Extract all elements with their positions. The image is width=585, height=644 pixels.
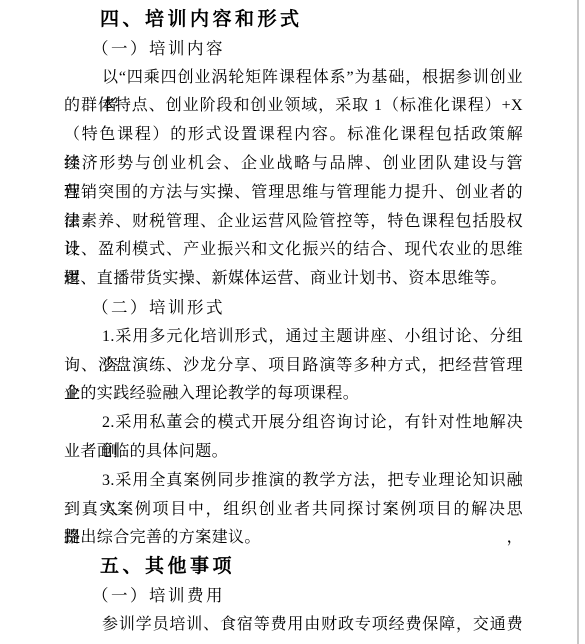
section-heading: 四、培训内容和形式 [64,6,523,35]
sub-heading: （一）培训内容 [64,35,523,64]
body-line: 经济形势与创业机会、企业战略与品牌、创业团队建设与管理、 [64,150,523,179]
body-line: 业的实践经验融入理论教学的每项课程。 [64,380,523,409]
body-line: 参训学员培训、食宿等费用由财政专项经费保障，交通费用 [64,611,523,640]
body-line: 业者面临的具体问题。 [64,438,523,467]
document-page: 四、培训内容和形式（一）培训内容以“四乘四创业涡轮矩阵课程体系”为基础，根据参训… [0,0,585,640]
sub-heading: （一）培训费用 [64,582,523,611]
body-line: 到真实案例项目中，组织创业者共同探讨案例项目的解决思路， [64,496,523,525]
page-edge-line [577,0,579,644]
sub-heading: （二）培训形式 [64,294,523,323]
section-heading: 五、其他事项 [64,553,523,582]
body-line: 计、盈利模式、产业振兴和文化振兴的结合、现代农业的思维逻 [64,236,523,265]
body-line: 2.采用私董会的模式开展分组咨询讨论，有针对性地解决创 [64,409,523,438]
body-line: 的群体特点、创业阶段和创业领域，采取 1（标准化课程）+X [64,92,523,121]
body-line: 律素养、财税管理、企业运营风险管控等，特色课程包括股权设 [64,208,523,237]
body-line: 询、沙盘演练、沙龙分享、项目路演等多种方式，把经营管理企 [64,352,523,381]
body-line: 以“四乘四创业涡轮矩阵课程体系”为基础，根据参训创业者 [64,64,523,93]
body-line: 1.采用多元化培训形式，通过主题讲座、小组讨论、分组咨 [64,323,523,352]
body-line: （特色课程）的形式设置课程内容。标准化课程包括政策解读、 [64,121,523,150]
body-line: 辑、直播带货实操、新媒体运营、商业计划书、资本思维等。 [64,265,523,294]
body-line: 3.采用全真案例同步推演的教学方法，把专业理论知识融入 [64,467,523,496]
body-line: 营销突围的方法与实操、管理思维与管理能力提升、创业者的法 [64,179,523,208]
